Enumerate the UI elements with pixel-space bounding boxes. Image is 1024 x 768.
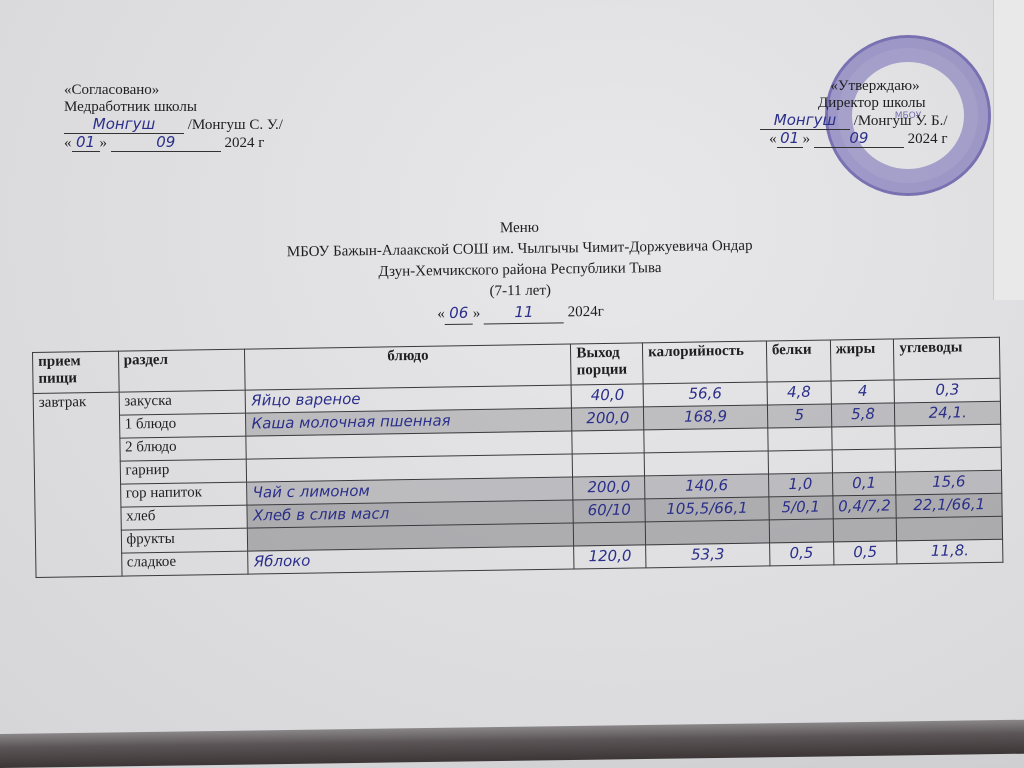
cell-meal: завтрак xyxy=(33,392,121,577)
cell-carbs xyxy=(897,516,1003,541)
approval-left-date: «01» 09 2024 г xyxy=(64,134,283,152)
cell-calories xyxy=(644,451,768,476)
cell-calories xyxy=(644,428,768,453)
cell-carbs: 15,6 xyxy=(896,470,1002,495)
cell-fat xyxy=(832,449,896,473)
approval-right-role: Директор школы xyxy=(760,95,948,112)
header-fat: жиры xyxy=(830,339,894,381)
cell-section: закуска xyxy=(119,390,246,415)
cell-fat: 0,5 xyxy=(833,541,897,565)
approval-left-role: Медработник школы xyxy=(64,99,283,116)
cell-calories: 168,9 xyxy=(644,405,768,430)
header-meal: прием пищи xyxy=(33,351,119,393)
cell-carbs: 24,1. xyxy=(895,401,1001,426)
cell-protein: 5 xyxy=(767,404,831,428)
cell-protein: 0,5 xyxy=(769,542,833,566)
cell-section: сладкое xyxy=(121,551,248,576)
cell-portion xyxy=(572,453,644,477)
header-calories: калорийность xyxy=(643,341,767,384)
header-portion: Выход порции xyxy=(571,343,643,385)
cell-section: 1 блюдо xyxy=(119,413,246,438)
cell-portion xyxy=(572,430,644,454)
cell-section: фрукты xyxy=(121,528,248,553)
cell-carbs xyxy=(895,424,1001,449)
cell-portion: 60/10 xyxy=(573,499,645,523)
cell-fat: 4 xyxy=(831,380,895,404)
cell-fat xyxy=(831,426,895,450)
approval-right-month: 09 xyxy=(814,130,904,148)
approval-left-signature-line: Монгуш /Монгуш С. У./ xyxy=(64,116,283,134)
approval-left-day: 01 xyxy=(72,134,100,152)
cell-calories: 53,3 xyxy=(646,543,770,568)
cell-portion: 200,0 xyxy=(572,407,644,431)
cell-dish: Яблоко xyxy=(248,546,574,574)
cell-calories xyxy=(645,520,769,545)
approval-right-date: «01» 09 2024 г xyxy=(760,130,948,148)
approval-right-signature-line: Монгуш /Монгуш У. Б./ xyxy=(760,112,948,130)
cell-fat: 0,4/7,2 xyxy=(832,495,896,519)
cell-portion: 40,0 xyxy=(571,384,643,408)
cell-calories: 140,6 xyxy=(645,474,769,499)
cell-carbs: 22,1/66,1 xyxy=(896,493,1002,518)
cell-section: гор напиток xyxy=(120,482,247,507)
cell-protein xyxy=(768,427,832,451)
title-year: 2024г xyxy=(568,304,604,321)
title-month: 11 xyxy=(484,301,564,324)
header-carbs: углеводы xyxy=(894,337,1000,380)
menu-table: прием пищи раздел блюдо Выход порции кал… xyxy=(32,337,1003,578)
approval-left-signature: Монгуш xyxy=(64,116,184,134)
cell-section: хлеб xyxy=(120,505,247,530)
menu-title: Меню МБОУ Бажын-Алаакской СОШ им. Чылгыч… xyxy=(0,211,1024,332)
approval-left-heading: «Согласовано» xyxy=(64,82,283,99)
cell-fat: 0,1 xyxy=(832,472,896,496)
cell-carbs: 0,3 xyxy=(894,378,1000,403)
title-day: 06 xyxy=(445,303,473,325)
approval-right-heading: «Утверждаю» xyxy=(760,78,948,95)
approval-left-year: 2024 г xyxy=(225,135,265,151)
header-section: раздел xyxy=(118,349,246,392)
approval-left-month: 09 xyxy=(111,134,221,152)
cell-protein: 5/0,1 xyxy=(769,496,833,520)
approval-right-name: /Монгуш У. Б./ xyxy=(854,113,948,129)
cell-calories: 105,5/66,1 xyxy=(645,497,769,522)
cell-section: 2 блюдо xyxy=(119,436,246,461)
cell-fat: 5,8 xyxy=(831,403,895,427)
cell-protein xyxy=(768,450,832,474)
header-dish: блюдо xyxy=(245,344,571,390)
cell-protein xyxy=(769,519,833,543)
cell-portion: 120,0 xyxy=(574,545,646,569)
header-protein: белки xyxy=(766,340,830,382)
cell-protein: 4,8 xyxy=(767,381,831,405)
cell-calories: 56,6 xyxy=(643,382,767,407)
approval-right: «Утверждаю» Директор школы Монгуш /Монгу… xyxy=(760,78,948,148)
approval-left: «Согласовано» Медработник школы Монгуш /… xyxy=(64,82,283,152)
cell-section: гарнир xyxy=(120,459,247,484)
approval-right-year: 2024 г xyxy=(908,131,948,147)
approval-right-signature: Монгуш xyxy=(760,112,850,130)
approval-right-day: 01 xyxy=(777,130,803,148)
cell-portion xyxy=(574,522,646,546)
cell-fat xyxy=(833,518,897,542)
approval-left-name: /Монгуш С. У./ xyxy=(188,117,283,133)
cell-portion: 200,0 xyxy=(573,476,645,500)
cell-protein: 1,0 xyxy=(768,473,832,497)
cell-carbs: 11,8. xyxy=(897,539,1003,564)
cell-carbs xyxy=(895,447,1001,472)
